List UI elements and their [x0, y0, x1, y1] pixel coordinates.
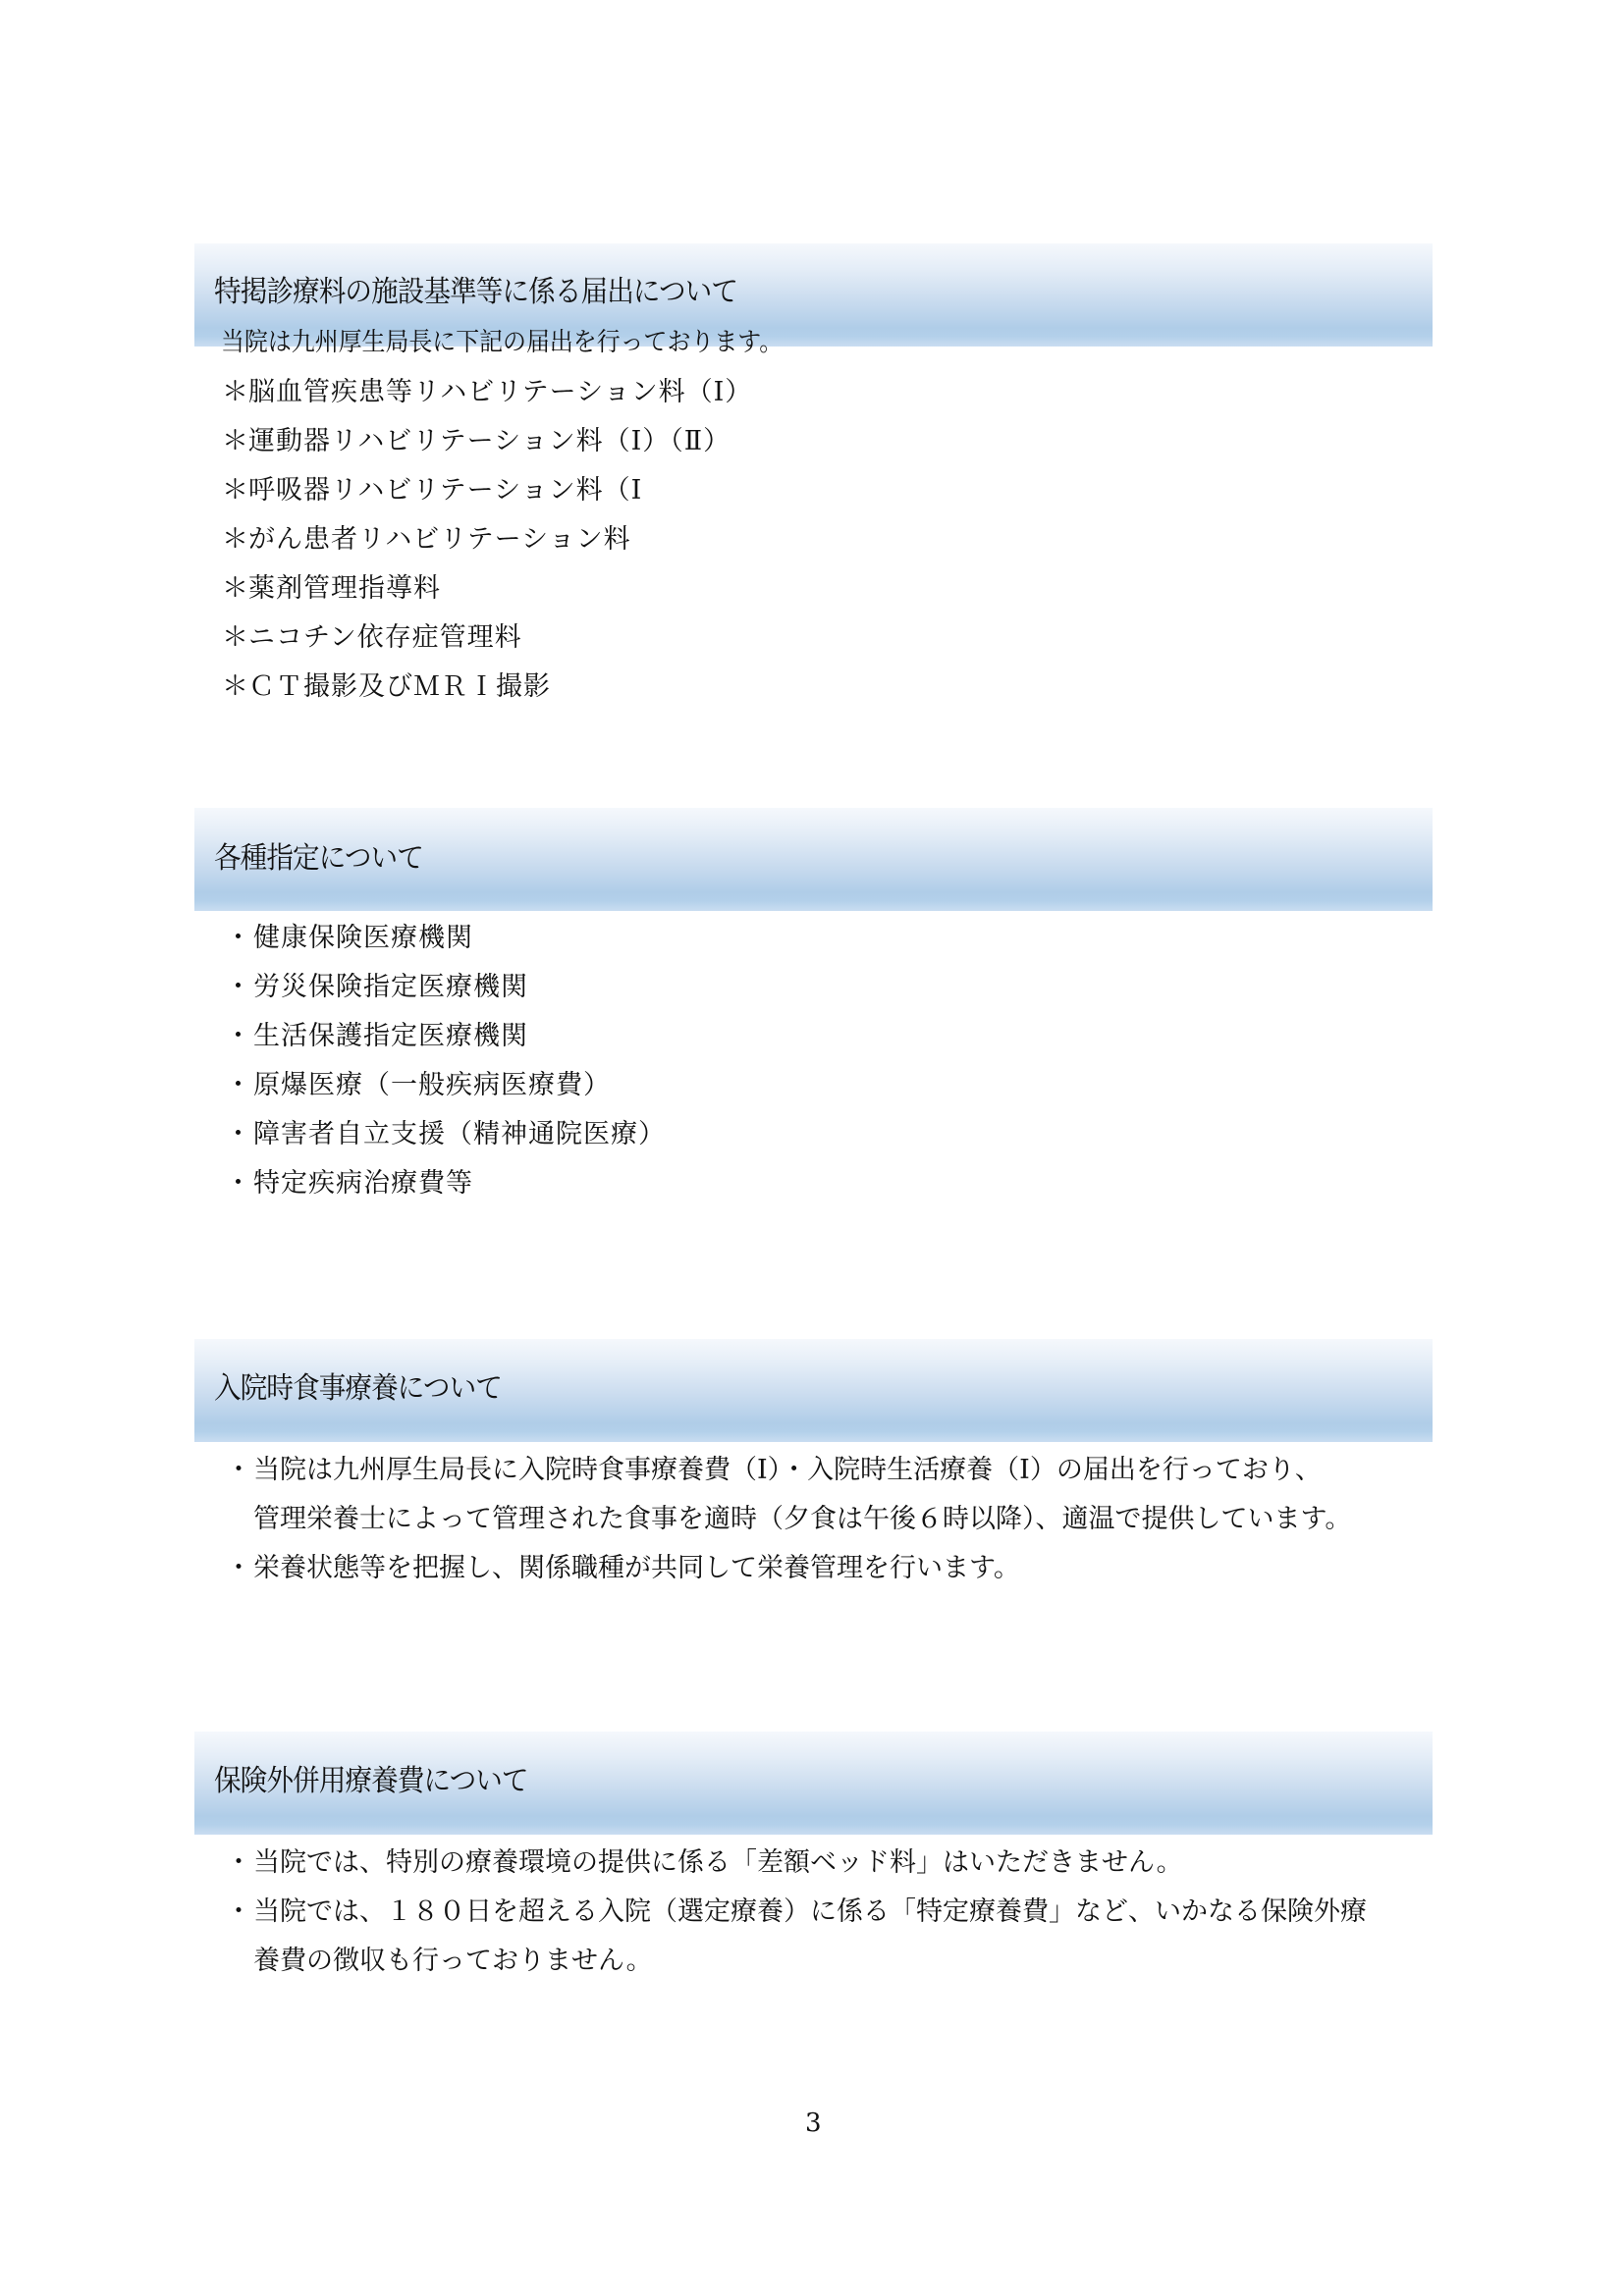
list-item: ・労災保険指定医療機関 — [224, 974, 528, 1000]
section-title: 保険外併用療養費について — [214, 1767, 528, 1796]
bullet-icon: ・ — [224, 1457, 253, 1483]
list-item: ・特定疾病治療費等 — [224, 1170, 473, 1197]
section-title: 特掲診療料の施設基準等に係る届出について — [214, 278, 737, 307]
list-item: ・障害者自立支援（精神通院医療） — [224, 1121, 666, 1148]
bullet-icon: ・ — [224, 1555, 253, 1581]
list-item: ＊薬剤管理指導料 — [222, 575, 441, 602]
bullet-icon: ・ — [224, 1121, 253, 1148]
bullet-icon: ・ — [224, 1849, 253, 1876]
paragraph-line: ・当院では、１８０日を超える入院（選定療養）に係る「特定療養費」など、いかなる保… — [224, 1898, 1367, 1925]
bullet-icon: ・ — [224, 974, 253, 1000]
paragraph-line: ・当院では、特別の療養環境の提供に係る「差額ベッド料」はいただきません。 — [224, 1849, 1183, 1876]
asterisk-marker-icon: ＊ — [222, 624, 248, 651]
paragraph-line: ・栄養状態等を把握し、関係職種が共同して栄養管理を行います。 — [224, 1555, 1020, 1581]
bullet-icon: ・ — [224, 1170, 253, 1197]
asterisk-marker-icon: ＊ — [222, 428, 248, 454]
page-number: 3 — [805, 2110, 822, 2136]
list-item: ・原爆医療（一般疾病医療費） — [224, 1072, 611, 1098]
list-item: ・健康保険医療機関 — [224, 925, 473, 951]
bullet-icon: ・ — [224, 1023, 253, 1049]
list-item: ＊脳血管疾患等リハビリテーション料（Ⅰ） — [222, 379, 752, 405]
asterisk-marker-icon: ＊ — [222, 526, 248, 553]
bullet-icon: ・ — [224, 1072, 253, 1098]
list-item: ＊ニコチン依存症管理料 — [222, 624, 522, 651]
section-title: 各種指定について — [214, 844, 423, 874]
list-item: ・生活保護指定医療機関 — [224, 1023, 528, 1049]
section-intro: 当院は九州厚生局長に下記の届出を行っております。 — [221, 330, 783, 355]
paragraph-line: 管理栄養士によって管理された食事を適時（夕食は午後６時以降）、適温で提供していま… — [253, 1506, 1351, 1532]
list-item: ＊呼吸器リハビリテーション料（Ⅰ — [222, 477, 642, 504]
list-item: ＊ＣＴ撮影及びＭＲＩ撮影 — [222, 673, 551, 700]
section-title: 入院時食事療養について — [214, 1374, 502, 1404]
asterisk-marker-icon: ＊ — [222, 575, 248, 602]
bullet-icon: ・ — [224, 925, 253, 951]
asterisk-marker-icon: ＊ — [222, 673, 248, 700]
list-item: ＊運動器リハビリテーション料（Ⅰ）（Ⅱ） — [222, 428, 731, 454]
asterisk-marker-icon: ＊ — [222, 477, 248, 504]
paragraph-line: ・当院は九州厚生局長に入院時食事療養費（Ⅰ）・入院時生活療養（Ⅰ）の届出を行って… — [224, 1457, 1322, 1483]
bullet-icon: ・ — [224, 1898, 253, 1925]
list-item: ＊がん患者リハビリテーション料 — [222, 526, 631, 553]
asterisk-marker-icon: ＊ — [222, 379, 248, 405]
paragraph-line: 養費の徴収も行っておりません。 — [253, 1948, 653, 1974]
